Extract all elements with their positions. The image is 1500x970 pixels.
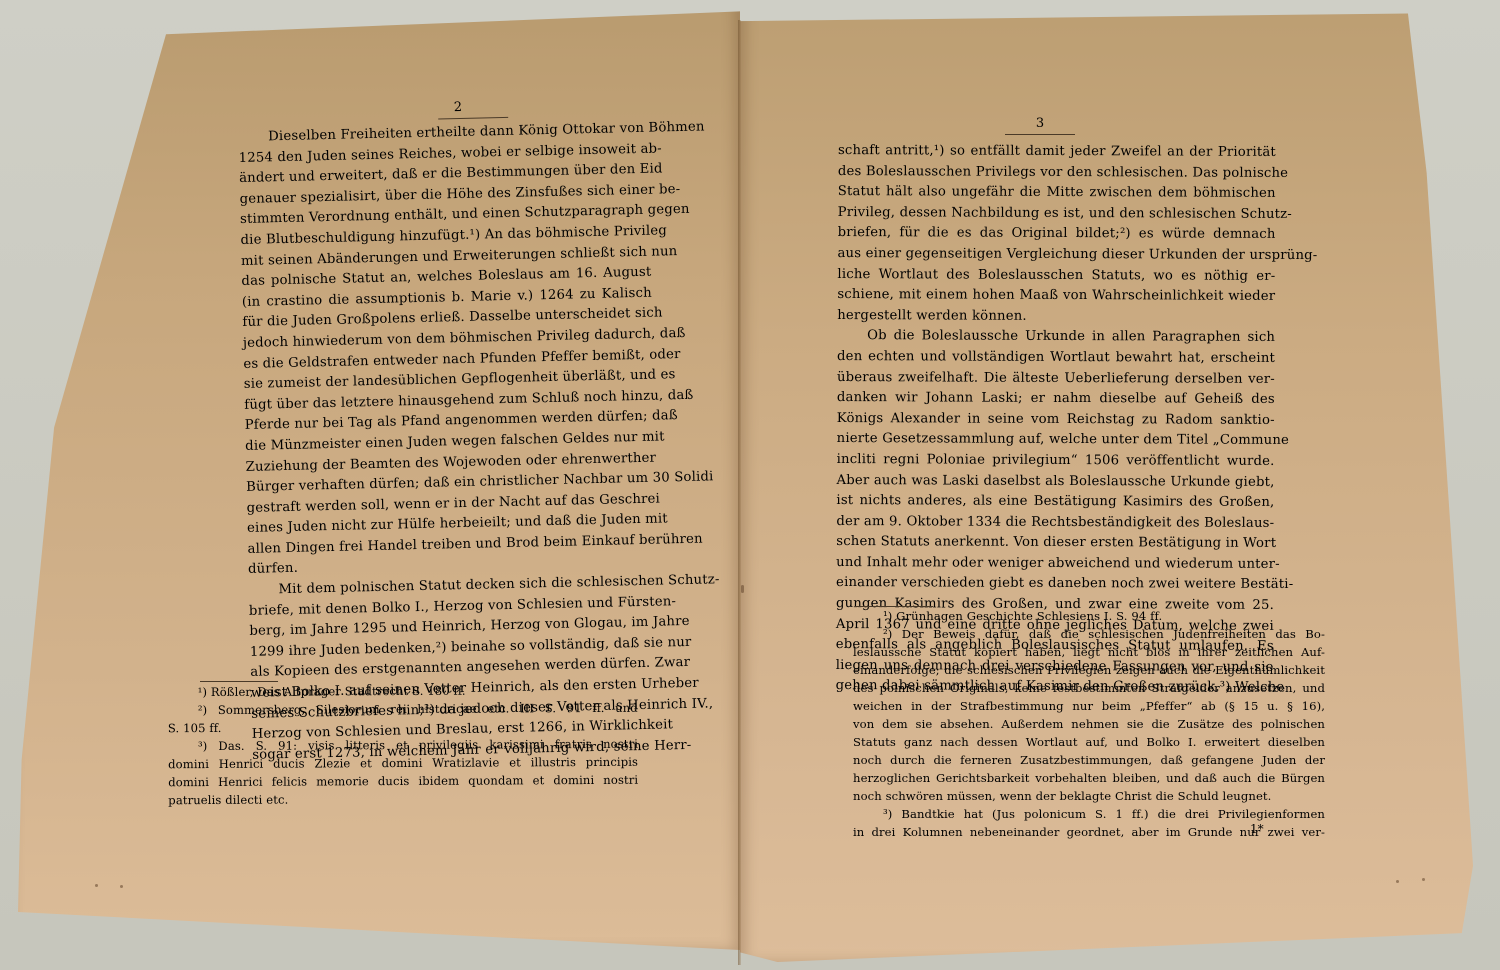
footnote: ²) Der Beweis dafür, daß die schlesische… bbox=[853, 625, 1325, 643]
text-line: überaus zweifelhaft. Die älteste Ueberli… bbox=[837, 368, 1275, 391]
footnote: ³) Bandtkie hat (Jus polonicum S. 1 ff.)… bbox=[853, 805, 1325, 823]
footnote: ²) Sommersberg, Silesiorum rei historica… bbox=[168, 699, 638, 719]
header-rule bbox=[1005, 134, 1075, 135]
text-line: aus einer gegenseitigen Vergleichung die… bbox=[837, 244, 1275, 267]
footnote: patruelis dilecti etc. bbox=[168, 789, 638, 809]
text-line: der am 9. Oktober 1334 die Rechtsbeständ… bbox=[836, 512, 1274, 535]
text-line: nierte Gesetzessammlung auf, welche unte… bbox=[837, 429, 1275, 452]
footnote: noch schwören müssen, wenn der beklagte … bbox=[853, 787, 1325, 805]
paper-spot bbox=[1396, 880, 1399, 883]
text-line: schen Statuts anerkennt. Von dieser erst… bbox=[836, 532, 1274, 555]
page-number-text: 3 bbox=[1036, 116, 1044, 131]
text-line: Königs Alexander in seine vom Reichstag … bbox=[837, 409, 1275, 432]
paper-spot bbox=[741, 585, 744, 593]
left-page-body: Dieselben Freiheiten ertheilte dann Köni… bbox=[238, 119, 662, 767]
paragraph: schaft antritt,¹) so entfällt damit jede… bbox=[837, 141, 1276, 328]
page-number-left: 2 bbox=[438, 100, 478, 120]
paper-spot bbox=[120, 885, 123, 888]
text-line: briefen, für die es das Original bildet;… bbox=[838, 223, 1276, 246]
page-number-right: 3 bbox=[1000, 116, 1080, 135]
text-line: des Boleslausschen Privilegs vor den sch… bbox=[838, 162, 1276, 185]
footnote: leslaussche Statut kopiert haben, liegt … bbox=[853, 643, 1325, 661]
footnote: herzoglichen Gerichtsbarkeit vorbehalten… bbox=[853, 769, 1325, 787]
paragraph: Dieselben Freiheiten ertheilte dann Köni… bbox=[238, 119, 658, 581]
footnote: domini Henrici felicis memorie ducis ibi… bbox=[168, 771, 638, 791]
text-line: Ob die Boleslaussche Urkunde in allen Pa… bbox=[837, 326, 1275, 349]
page-number-text: 2 bbox=[454, 100, 463, 115]
text-line: incliti regni Poloniae privilegium“ 1506… bbox=[837, 450, 1275, 473]
footnote: ¹) Grünhagen Geschichte Schlesiens I. S.… bbox=[853, 607, 1325, 625]
right-page-footnotes: ¹) Grünhagen Geschichte Schlesiens I. S.… bbox=[853, 607, 1325, 841]
text-line: Statut hält also ungefähr die Mitte zwis… bbox=[838, 182, 1276, 205]
footnote: des polnischen Originals, keine festbest… bbox=[853, 679, 1325, 697]
text-line: Aber auch was Laski daselbst als Bolesla… bbox=[836, 470, 1274, 493]
footnote: Statuts ganz nach dessen Wortlaut auf, u… bbox=[853, 733, 1325, 751]
paper-spot bbox=[95, 884, 98, 887]
text-line: ist nichts anderes, als eine Bestätigung… bbox=[836, 491, 1274, 514]
left-page-footnotes: ¹) Rößler, Das Altprager Stadtrecht S. 1… bbox=[168, 681, 639, 809]
text-line: Privileg, dessen Nachbildung es ist, und… bbox=[838, 203, 1276, 226]
book-gutter bbox=[738, 20, 741, 965]
text-line: und Inhalt mehr oder weniger abweichend … bbox=[836, 553, 1274, 576]
text-line: schaft antritt,¹) so entfällt damit jede… bbox=[838, 141, 1276, 164]
text-line: schiene, mit einem hohen Maaß von Wahrsc… bbox=[837, 285, 1275, 308]
text-line: danken wir Johann Laski; er nahm dieselb… bbox=[837, 388, 1275, 411]
footnote: von dem sie absehen. Außerdem nehmen sie… bbox=[853, 715, 1325, 733]
text-line: den echten und vollständigen Wortlaut be… bbox=[837, 347, 1275, 370]
text-line: hergestellt werden können. bbox=[837, 306, 1275, 329]
footnote: weichen in der Strafbestimmung nur beim … bbox=[853, 697, 1325, 715]
footnote: noch durch die ferneren Zusatzbestimmung… bbox=[853, 751, 1325, 769]
signature-mark: 1* bbox=[1250, 822, 1264, 836]
paper-spot bbox=[1422, 878, 1425, 881]
text-line: liche Wortlaut des Boleslausschen Statut… bbox=[837, 265, 1275, 288]
footnote: einanderfolge; die schlesischen Privileg… bbox=[853, 661, 1325, 679]
text-line: einander verschieden giebt es daneben no… bbox=[836, 573, 1274, 596]
